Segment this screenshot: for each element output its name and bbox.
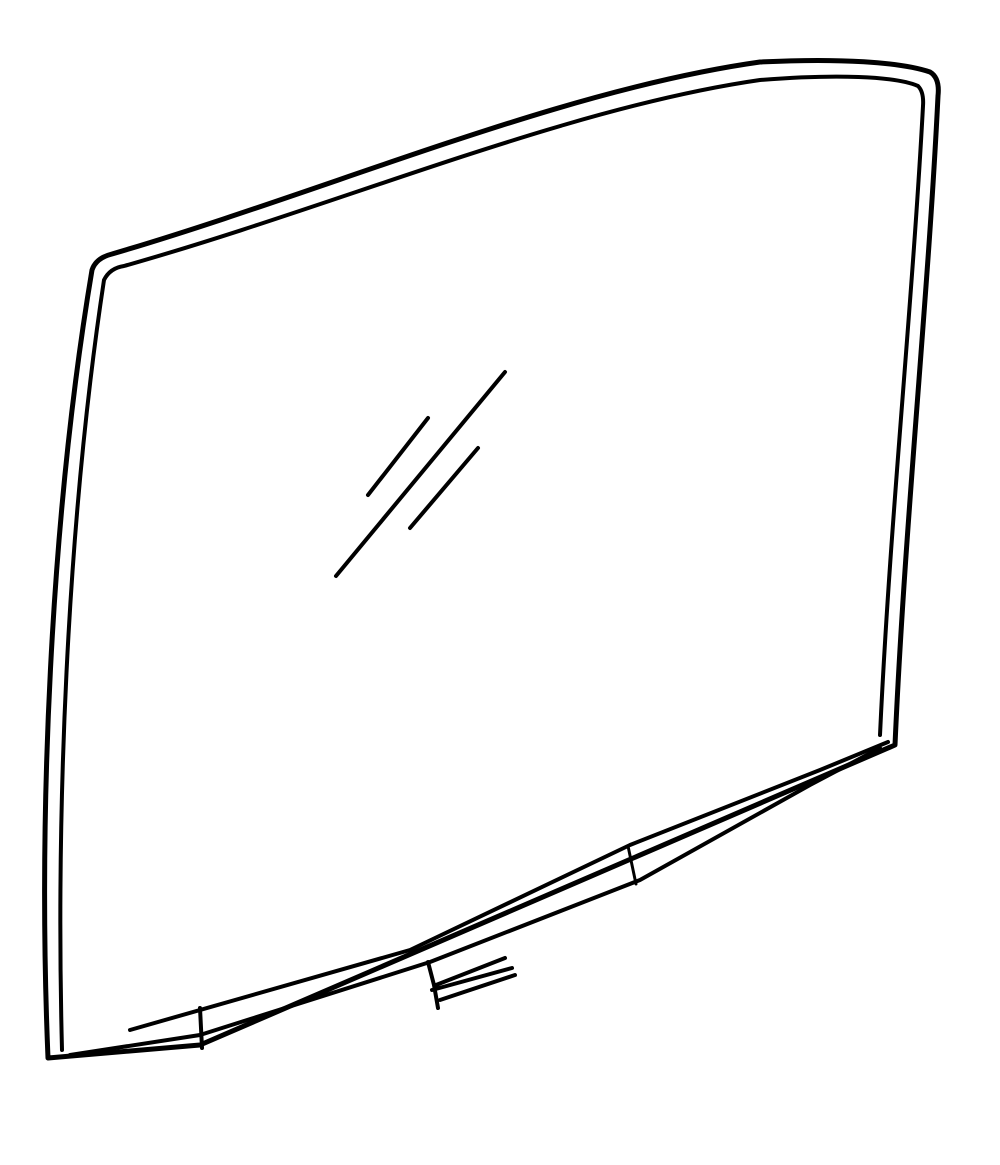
window-glass-diagram xyxy=(0,0,1000,1165)
background xyxy=(0,0,1000,1165)
bracket-divider-left xyxy=(200,1008,202,1048)
